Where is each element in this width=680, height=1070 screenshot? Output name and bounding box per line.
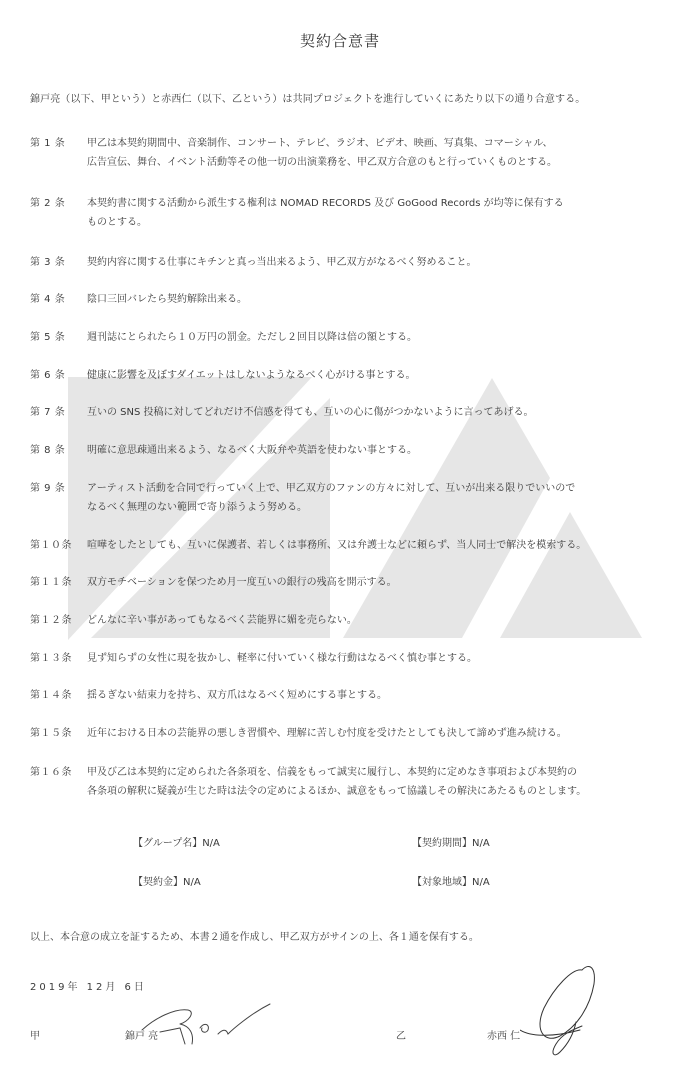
article-text: 陰口三回バレたら契約解除出来る。 [87, 290, 247, 309]
closing-statement: 以上、本合意の成立を証するため、本書２通を作成し、甲乙双方がサインの上、各１通を… [30, 928, 479, 943]
field-contract-period: 【契約期間】N/A [412, 834, 490, 849]
signature-party-b [520, 960, 600, 1060]
article-number: 第１２条 [30, 611, 82, 630]
article-text: 週刊誌にとられたら１０万円の罰金。ただし２回目以降は倍の額とする。 [87, 328, 417, 347]
article-text: 契約内容に関する仕事にキチンと真っ当出来るよう、甲乙双方がなるべく努めること。 [87, 253, 477, 272]
article-text: なるべく無理のない範囲で寄り添うよう努める。 [87, 498, 575, 517]
article-number: 第１１条 [30, 573, 82, 592]
article-number: 第 9 条 [30, 479, 82, 498]
field-group-name: 【グループ名】N/A [133, 834, 220, 849]
article-number: 第 6 条 [30, 366, 82, 385]
article-text: 本契約書に関する活動から派生する権利は NOMAD RECORDS 及び GoG… [87, 194, 564, 213]
article-text: 互いの SNS 投稿に対してどれだけ不信感を得ても、互いの心に傷がつかないように… [87, 403, 534, 422]
article-number: 第 2 条 [30, 194, 82, 213]
article-number: 第１６条 [30, 763, 82, 782]
article-text: 明確に意思疎通出来るよう、なるべく大阪弁や英語を使わない事とする。 [87, 441, 417, 460]
article-number: 第 8 条 [30, 441, 82, 460]
article-number: 第 3 条 [30, 253, 82, 272]
signature-party-a [140, 1000, 280, 1050]
article-number: 第１５条 [30, 724, 82, 743]
article-text: 広告宣伝、舞台、イベント活動等その他一切の出演業務を、甲乙双方合意のもと行ってい… [87, 153, 557, 172]
field-target-region: 【対象地域】N/A [412, 873, 490, 888]
article-text: 甲及び乙は本契約に定められた各条項を、信義をもって誠実に履行し、本契約に定めなき… [87, 763, 586, 782]
article-text: 喧嘩をしたとしても、互いに保護者、若しくは事務所、又は弁護士などに頼らず、当人同… [87, 536, 586, 555]
article-number: 第 1 条 [30, 134, 82, 153]
article-number: 第 7 条 [30, 403, 82, 422]
article-number: 第１０条 [30, 536, 82, 555]
field-contract-fee: 【契約金】N/A [133, 873, 201, 888]
document-title: 契約合意書 [0, 30, 680, 51]
article-text: 見ず知らずの女性に現を抜かし、軽率に付いていく様な行動はなるべく慎む事とする。 [87, 649, 477, 668]
article-number: 第１３条 [30, 649, 82, 668]
article-number: 第 4 条 [30, 290, 82, 309]
contract-date: 2019年 12月 6日 [30, 978, 147, 993]
intro-paragraph: 錦戸亮（以下、甲という）と赤西仁（以下、乙という）は共同プロジェクトを進行してい… [30, 90, 585, 105]
article-number: 第１４条 [30, 686, 82, 705]
article-text: 各条項の解釈に疑義が生じた時は法令の定めによるほか、誠意をもって協議しその解決に… [87, 782, 586, 801]
article-number: 第 5 条 [30, 328, 82, 347]
contract-document: 契約合意書 錦戸亮（以下、甲という）と赤西仁（以下、乙という）は共同プロジェクト… [0, 0, 680, 1070]
article-text: どんなに辛い事があってもなるべく芸能界に媚を売らない。 [87, 611, 357, 630]
party-b-label: 乙 [396, 1027, 406, 1042]
article-text: ものとする。 [87, 213, 564, 232]
article-text: 甲乙は本契約期間中、音楽制作、コンサート、テレビ、ラジオ、ビデオ、映画、写真集、… [87, 134, 557, 153]
article-text: 揺るぎない結束力を持ち、双方爪はなるべく短めにする事とする。 [87, 686, 387, 705]
article-text: 近年における日本の芸能界の悪しき習慣や、理解に苦しむ忖度を受けたとしても決して諦… [87, 724, 567, 743]
party-b-name: 赤西 仁 [487, 1027, 520, 1042]
article-text: 双方モチベーションを保つため月一度互いの銀行の残高を開示する。 [87, 573, 397, 592]
party-a-label: 甲 [30, 1027, 40, 1042]
article-text: 健康に影響を及ぼすダイエットはしないようなるべく心がける事とする。 [87, 366, 416, 385]
article-text: アーティスト活動を合同で行っていく上で、甲乙双方のファンの方々に対して、互いが出… [87, 479, 575, 498]
